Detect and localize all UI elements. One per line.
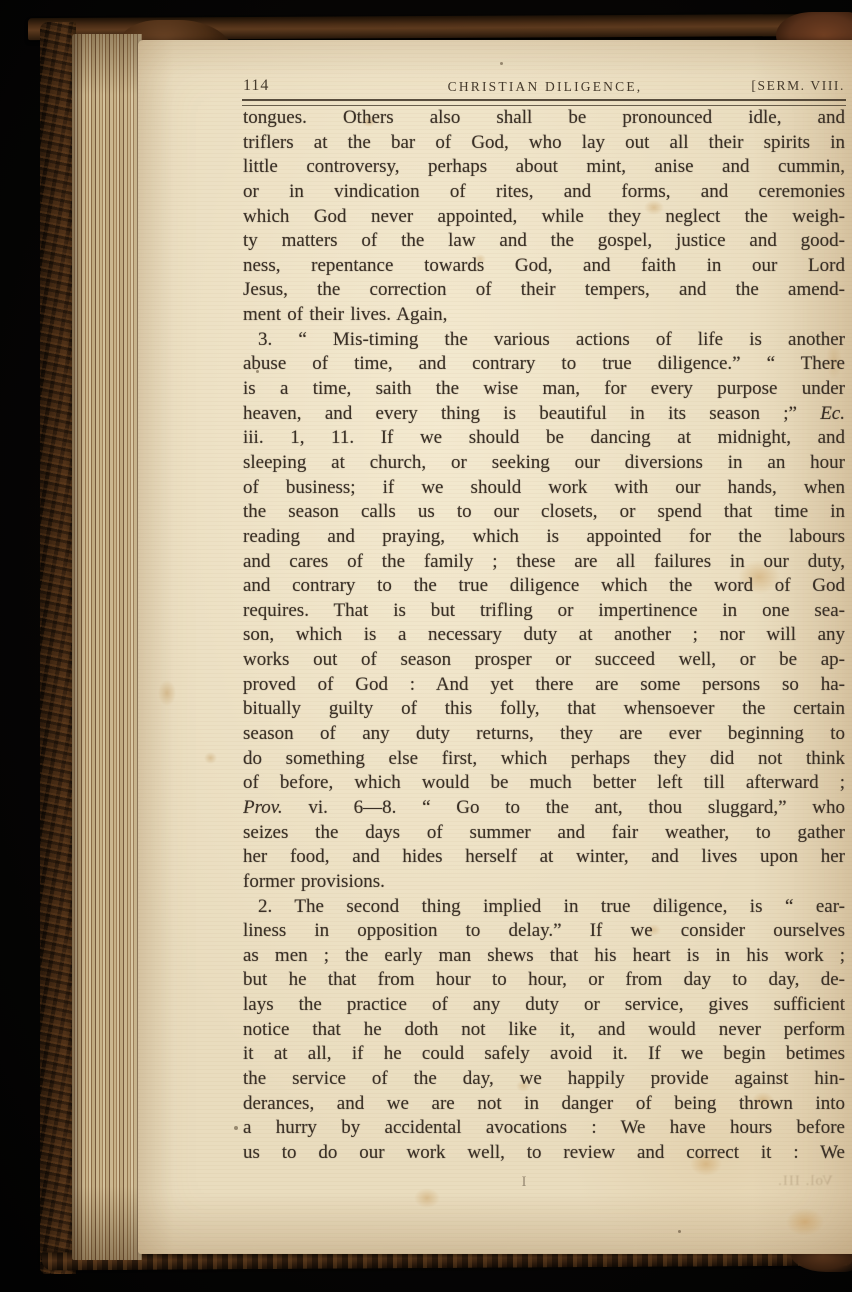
text-line: of business; if we should work with our … [243,476,845,501]
text-line: abuse of time, and contrary to true dili… [243,352,845,377]
text-line: proved of God : And yet there are some p… [243,673,845,698]
text-line: former provisions. [243,870,845,895]
text-line: a hurry by accidental avocations : We ha… [243,1116,845,1141]
text-line: season of any duty returns, they are eve… [243,722,845,747]
text-line: heaven, and every thing is beautiful in … [243,402,845,427]
foxing-speck [500,62,503,65]
text-line: is a time, saith the wise man, for every… [243,377,845,402]
page-header: 114 CHRISTIAN DILIGENCE, [SERM. VIII. [243,76,847,96]
text-line: ness, repentance towards God, and faith … [243,254,845,279]
text-line: iii. 1, 11. If we should be dancing at m… [243,426,845,451]
text-line: the service of the day, we happily provi… [243,1067,845,1092]
text-line: 2. The second thing implied in true dili… [243,895,845,920]
bleedthrough-text: Vol. III. [750,1173,852,1190]
text-line: it at all, if he could safely avoid it. … [243,1042,845,1067]
text-line: Jesus, the correction of their tempers, … [243,278,845,303]
text-line: lays the practice of any duty or service… [243,993,845,1018]
book-page: 114 CHRISTIAN DILIGENCE, [SERM. VIII. to… [138,40,852,1254]
text-line: ment of their lives. Again, [243,303,845,328]
page-fore-edges [72,34,142,1260]
text-line: works out of season prosper or succeed w… [243,648,845,673]
text-line: sleeping at church, or seeking our diver… [243,451,845,476]
header-rule [242,99,846,106]
stain [414,1188,440,1208]
text-line: bitually guilty of this folly, that when… [243,697,845,722]
text-line: son, which is a necessary duty at anothe… [243,623,845,648]
text-line: her food, and hides herself at winter, a… [243,845,845,870]
foxing-speck [234,1126,238,1130]
photo-backdrop: 114 CHRISTIAN DILIGENCE, [SERM. VIII. to… [0,0,852,1292]
text-line: which God never appointed, while they ne… [243,205,845,230]
text-line: as men ; the early man shews that his he… [243,944,845,969]
sermon-number: [SERM. VIII. [751,78,845,94]
text-line: and cares of the family ; these are all … [243,550,845,575]
text-line: 3. “ Mis-timing the various actions of l… [243,328,845,353]
text-line: requires. That is but trifling or impert… [243,599,845,624]
text-line: us to do our work well, to review and co… [243,1141,845,1166]
foxing-speck [678,1230,681,1233]
text-line: triflers at the bar of God, who lay out … [243,131,845,156]
stain [158,680,176,706]
text-line: derances, and we are not in danger of be… [243,1092,845,1117]
signature-mark: I [514,1174,534,1191]
text-line: or in vindication of rites, and forms, a… [243,180,845,205]
stain [204,752,217,764]
text-line: reading and praying, which is appointed … [243,525,845,550]
text-line: notice that he doth not like it, and wou… [243,1018,845,1043]
text-line: liness in opposition to delay.” If we co… [243,919,845,944]
book-cover-spine-edge [40,22,76,1274]
text-line: and contrary to the true diligence which… [243,574,845,599]
text-line: the season calls us to our closets, or s… [243,500,845,525]
text-line: Prov. vi. 6—8. “ Go to the ant, thou slu… [243,796,845,821]
text-line: do something else first, which perhaps t… [243,747,845,772]
text-line: ty matters of the law and the gospel, ju… [243,229,845,254]
stain [786,1208,824,1236]
text-line: of before, which would be much better le… [243,771,845,796]
page-body: tongues. Others also shall be pronounced… [243,106,845,1166]
text-line: tongues. Others also shall be pronounced… [243,106,845,131]
text-line: but he that from hour to hour, or from d… [243,968,845,993]
text-line: seizes the days of summer and fair weath… [243,821,845,846]
text-line: little controversy, perhaps about mint, … [243,155,845,180]
